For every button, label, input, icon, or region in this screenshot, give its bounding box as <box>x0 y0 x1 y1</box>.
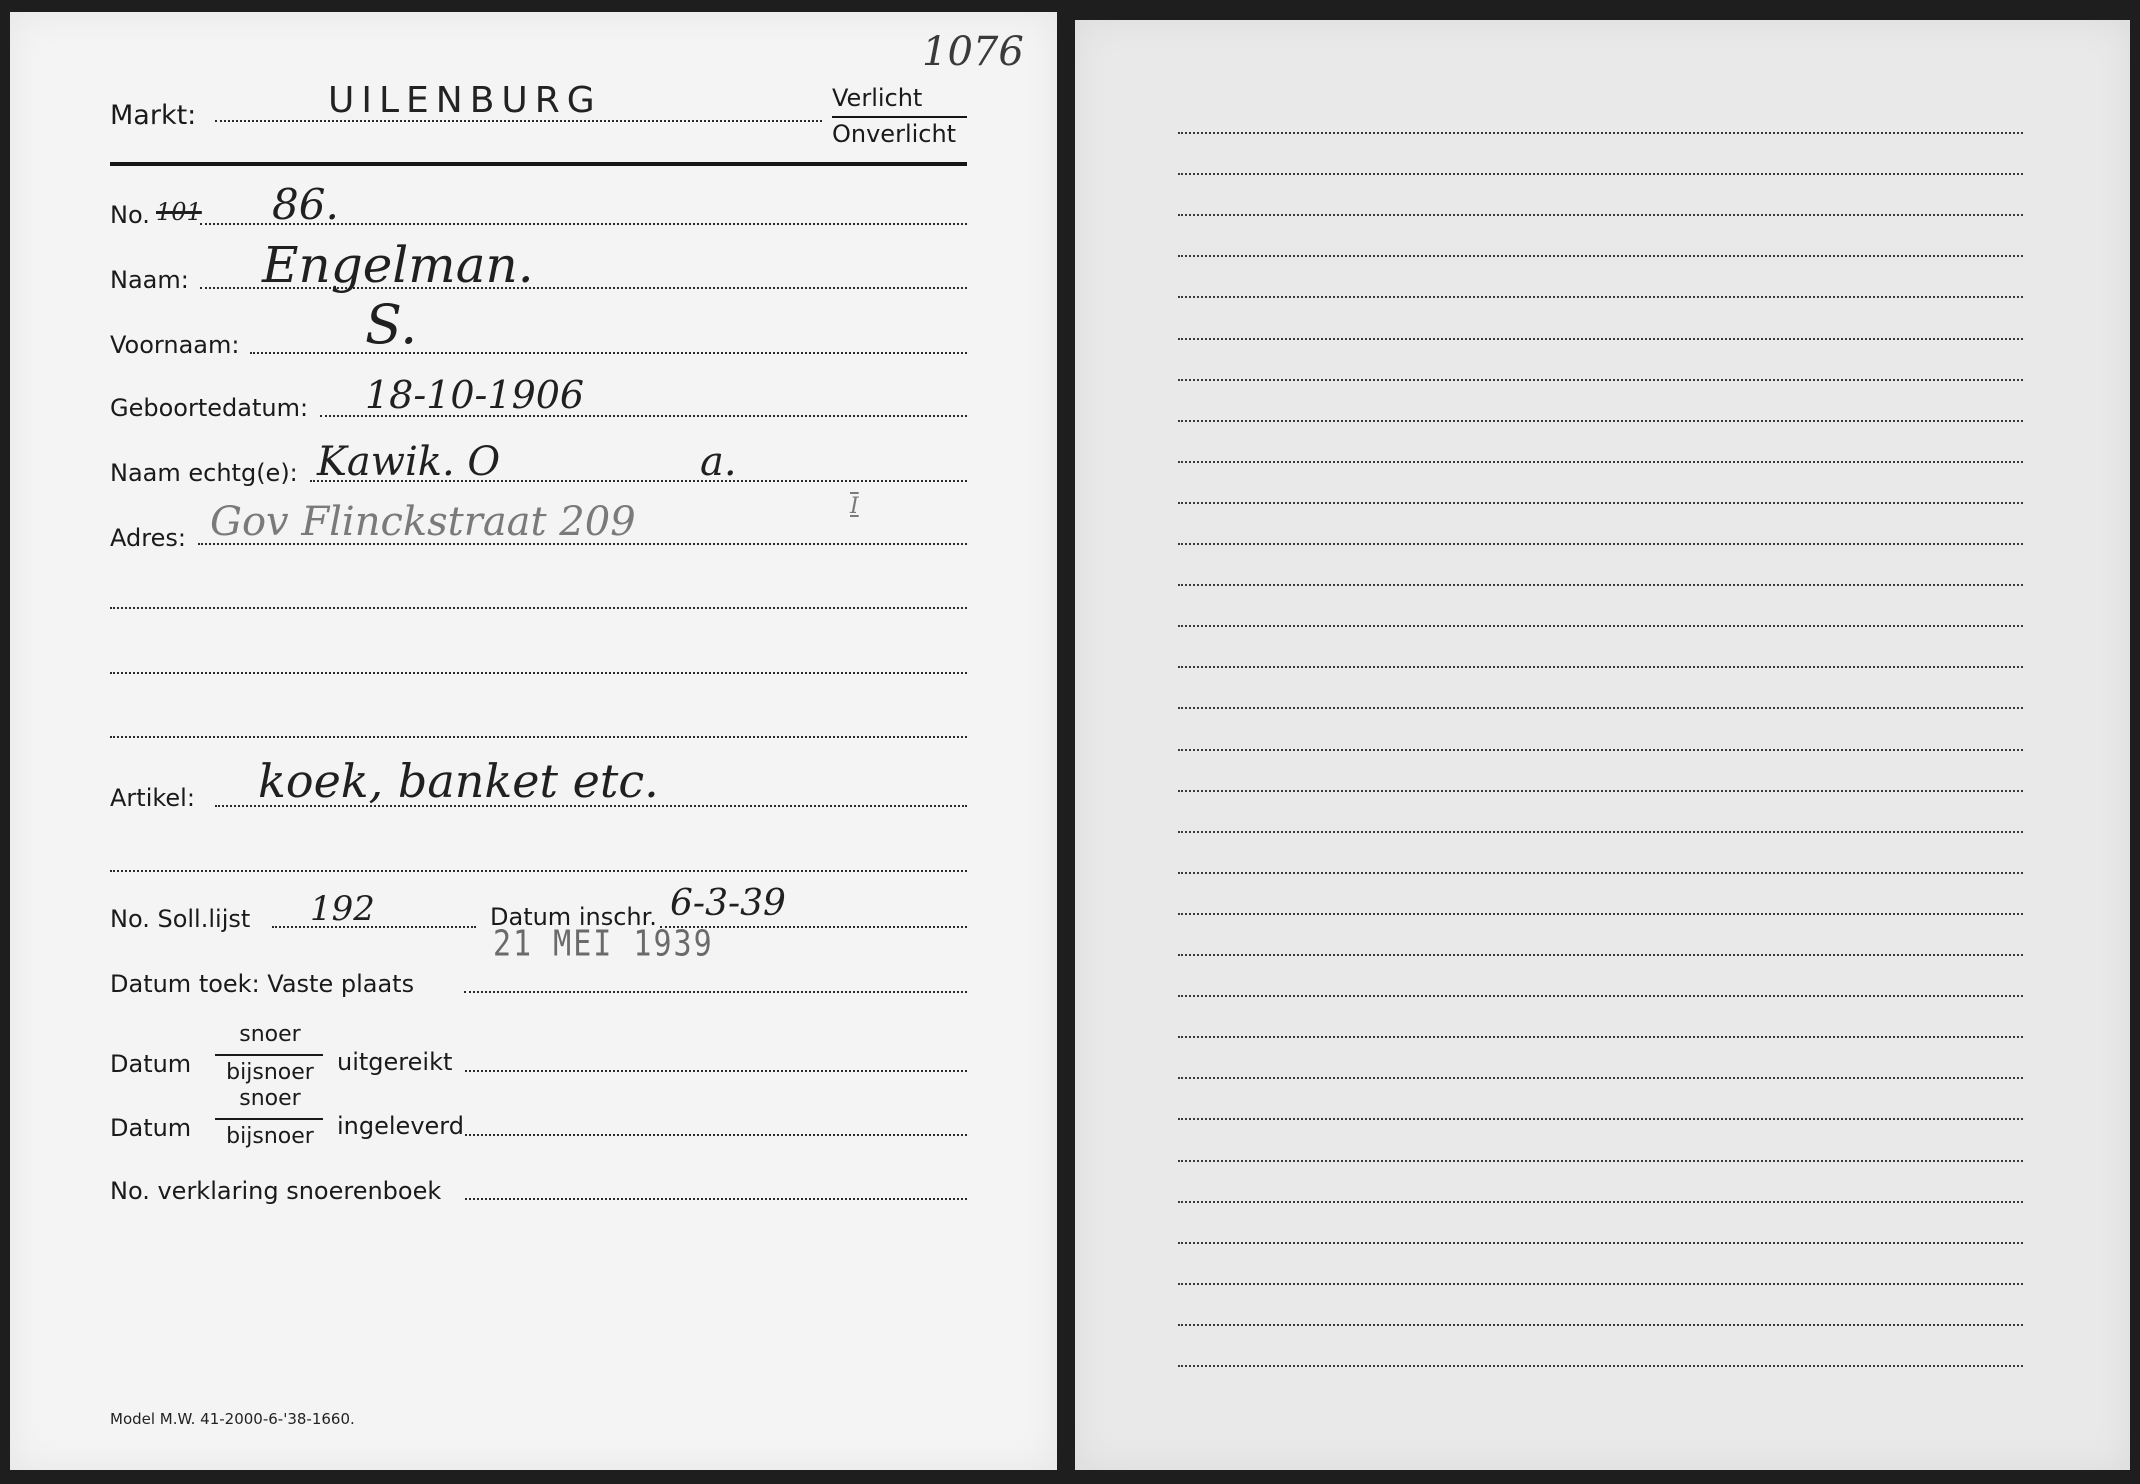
ruled-line[interactable] <box>1178 872 2023 874</box>
ruled-line[interactable] <box>1178 790 2023 792</box>
no-label: No. <box>110 203 150 227</box>
ruled-line[interactable] <box>1178 173 2023 175</box>
snoer-uitgereikt-line[interactable] <box>465 1070 967 1072</box>
artikel-value: koek, banket etc. <box>258 758 659 804</box>
datum-toek-label: Datum toek: Vaste plaats <box>110 972 414 996</box>
ruled-line[interactable] <box>1178 1077 2023 1079</box>
soll-lijst-label: No. Soll.lijst <box>110 907 250 931</box>
snoer-uitgereikt-fraction-line <box>215 1054 323 1056</box>
ruled-line[interactable] <box>1178 1283 2023 1285</box>
snoer-uitgereikt-numerator: snoer <box>215 1022 325 1047</box>
lighting-option-onverlicht: Onverlicht <box>832 122 956 146</box>
ruled-line[interactable] <box>1178 379 2023 381</box>
naam-label: Naam: <box>110 268 189 292</box>
adres-line-4 <box>110 736 967 738</box>
header-rule <box>110 162 967 166</box>
ruled-line[interactable] <box>1178 995 2023 997</box>
ruled-line[interactable] <box>1178 1365 2023 1367</box>
no-value: 86. <box>272 184 339 226</box>
verklaring-label: No. verklaring snoerenboek <box>110 1179 441 1203</box>
registration-card-front: 1076 Markt: UILENBURG Verlicht Onverlich… <box>10 12 1057 1470</box>
ruled-line[interactable] <box>1178 132 2023 134</box>
ruled-line[interactable] <box>1178 255 2023 257</box>
ruled-line[interactable] <box>1178 707 2023 709</box>
no-struck-value: 101 <box>156 200 202 224</box>
markt-label: Markt: <box>110 102 196 129</box>
ruled-line[interactable] <box>1178 1118 2023 1120</box>
ruled-line[interactable] <box>1178 831 2023 833</box>
naam-echtgenote-value-extra: a. <box>700 442 737 482</box>
ruled-line[interactable] <box>1178 666 2023 668</box>
archive-number: 1076 <box>922 32 1024 72</box>
snoer-ingeleverd-line[interactable] <box>465 1134 967 1136</box>
ruled-line[interactable] <box>1178 543 2023 545</box>
ruled-line[interactable] <box>1178 296 2023 298</box>
markt-value: UILENBURG <box>328 80 602 121</box>
ruled-line[interactable] <box>1178 1160 2023 1162</box>
ruled-line[interactable] <box>1178 625 2023 627</box>
ruled-line[interactable] <box>1178 584 2023 586</box>
verklaring-line[interactable] <box>465 1198 967 1200</box>
lighting-option-verlicht: Verlicht <box>832 86 922 110</box>
snoer-ingeleverd-suffix: ingeleverd <box>337 1114 464 1138</box>
ruled-line[interactable] <box>1178 954 2023 956</box>
geboortedatum-label: Geboortedatum: <box>110 396 308 420</box>
geboortedatum-value: 18-10-1906 <box>365 376 584 414</box>
adres-line-2 <box>110 607 967 609</box>
voornaam-label: Voornaam: <box>110 333 239 357</box>
registration-card-back <box>1075 20 2130 1470</box>
ruled-line[interactable] <box>1178 749 2023 751</box>
ruled-line[interactable] <box>1178 1036 2023 1038</box>
lighting-divider <box>832 116 967 118</box>
ruled-line[interactable] <box>1178 461 2023 463</box>
snoer-uitgereikt-prefix: Datum <box>110 1052 191 1076</box>
snoer-ingeleverd-prefix: Datum <box>110 1116 191 1140</box>
snoer-uitgereikt-suffix: uitgereikt <box>337 1050 452 1074</box>
ruled-line[interactable] <box>1178 1201 2023 1203</box>
snoer-ingeleverd-fraction-line <box>215 1118 323 1120</box>
naam-value: Engelman. <box>262 240 534 290</box>
datum-toek-stamp: 21 MEI 1939 <box>493 923 714 965</box>
adres-line-3 <box>110 672 967 674</box>
soll-lijst-value: 192 <box>310 892 375 926</box>
naam-echtgenote-label: Naam echtg(e): <box>110 461 298 485</box>
snoer-ingeleverd-numerator: snoer <box>215 1086 325 1111</box>
voornaam-value: S. <box>365 298 417 352</box>
ruled-line[interactable] <box>1178 1324 2023 1326</box>
snoer-uitgereikt-denominator: bijsnoer <box>215 1060 325 1085</box>
adres-label: Adres: <box>110 526 186 550</box>
snoer-ingeleverd-denominator: bijsnoer <box>215 1124 325 1149</box>
ruled-line[interactable] <box>1178 420 2023 422</box>
ruled-line[interactable] <box>1178 502 2023 504</box>
naam-echtgenote-value: Kawik. O <box>317 442 500 482</box>
artikel-label: Artikel: <box>110 786 195 810</box>
form-model-footer: Model M.W. 41-2000-6-'38-1660. <box>110 1410 355 1428</box>
adres-suffix: I <box>850 496 859 518</box>
ruled-line[interactable] <box>1178 338 2023 340</box>
ruled-line[interactable] <box>1178 214 2023 216</box>
datum-toek-line <box>464 991 967 993</box>
adres-value: Gov Flinckstraat 209 <box>210 502 636 542</box>
ruled-line[interactable] <box>1178 913 2023 915</box>
datum-inschr-value: 6-3-39 <box>670 886 786 922</box>
voornaam-line <box>250 352 967 354</box>
artikel-line-2 <box>110 870 967 872</box>
ruled-line[interactable] <box>1178 1242 2023 1244</box>
